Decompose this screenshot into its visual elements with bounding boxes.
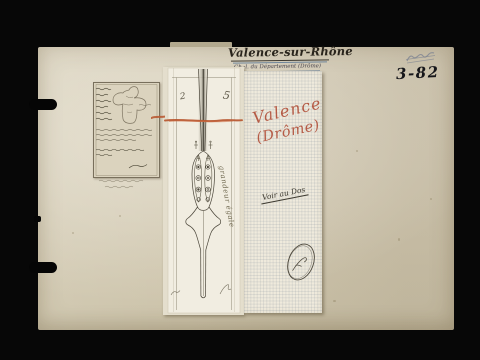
paper-stain xyxy=(333,300,336,302)
page-title: Valence-sur-Rhône xyxy=(228,44,332,59)
inventory-number: 3-82 xyxy=(396,63,440,83)
paper-stain xyxy=(119,215,121,217)
red-line-dash xyxy=(151,114,165,121)
drawing-mark-left: 2 xyxy=(179,92,186,103)
edge-notch xyxy=(34,216,41,222)
oval-stamp xyxy=(281,237,321,287)
paper-stain xyxy=(356,150,358,152)
stamp-signature-scribble xyxy=(293,255,307,274)
provenance-note-card xyxy=(93,82,160,178)
paper-stain xyxy=(430,198,432,200)
paper-stain xyxy=(72,232,74,234)
photo-background: Valence-sur-Rhône Ch.-l. du Département … xyxy=(0,0,480,360)
sword-drawing-sheet xyxy=(163,67,244,315)
punch-hole-bottom xyxy=(29,262,57,273)
pencil-caption-scribble xyxy=(95,176,159,192)
red-reference-line xyxy=(165,120,242,122)
paper-stain xyxy=(398,238,400,241)
punch-hole-top xyxy=(29,99,57,110)
